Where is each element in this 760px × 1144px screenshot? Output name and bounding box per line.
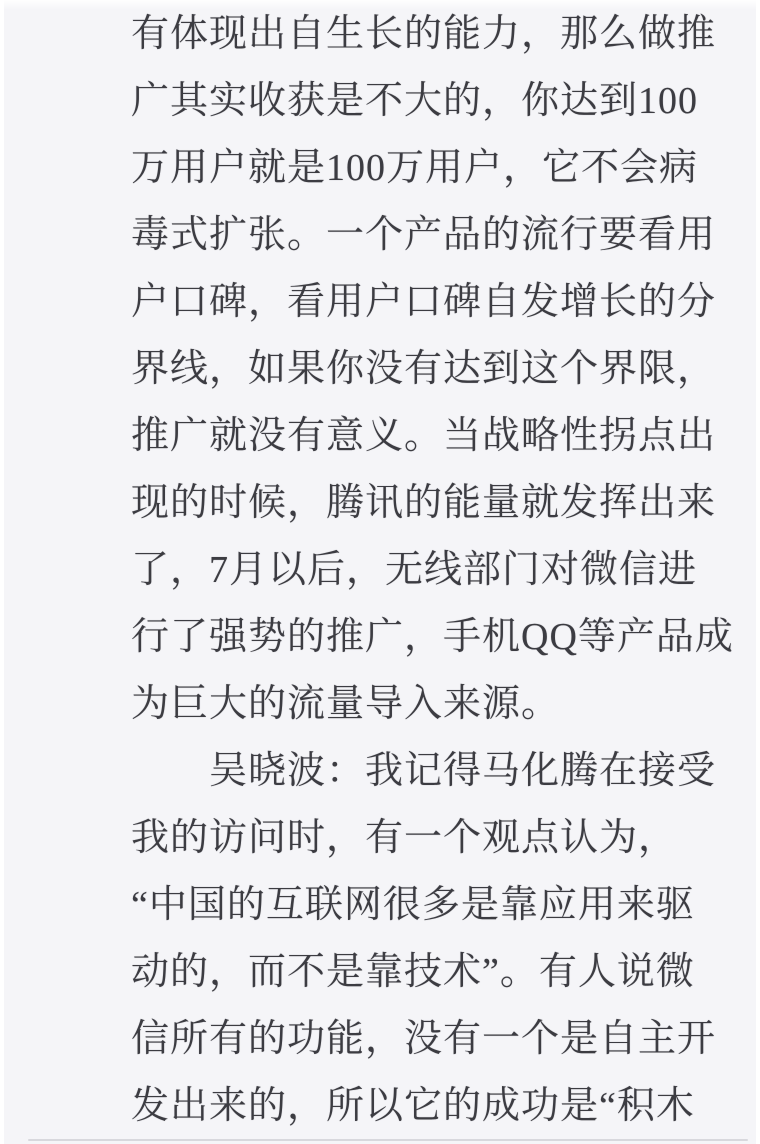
text-line: 户口碑，看用户口碑自发增长的分 <box>131 269 756 336</box>
text-line: 信所有的功能，没有一个是自主开 <box>131 1006 756 1073</box>
text-line: 推广就没有意义。当战略性拐点出 <box>131 403 756 470</box>
text-line: 为巨大的流量导入来源。 <box>131 671 756 738</box>
text-line: 毒式扩张。一个产品的流行要看用 <box>131 202 756 269</box>
text-line: 吴晓波：我记得马化腾在接受 <box>131 738 756 805</box>
text-line: “中国的互联网很多是靠应用来驱 <box>131 872 756 939</box>
text-line: 界线，如果你没有达到这个界限， <box>131 336 756 403</box>
screenshot-root: 有体现出自生长的能力，那么做推广其实收获是不大的，你达到100万用户就是100万… <box>0 0 760 1144</box>
bottom-divider <box>28 1139 748 1141</box>
text-line: 现的时候，腾讯的能量就发挥出来 <box>131 470 756 537</box>
text-line: 广其实收获是不大的，你达到100 <box>131 68 756 135</box>
text-line: 有体现出自生长的能力，那么做推 <box>131 1 756 68</box>
reader-page-surface[interactable]: 有体现出自生长的能力，那么做推广其实收获是不大的，你达到100万用户就是100万… <box>4 0 756 1144</box>
page-text: 有体现出自生长的能力，那么做推广其实收获是不大的，你达到100万用户就是100万… <box>131 1 756 1140</box>
text-line: 了，7月以后，无线部门对微信进 <box>131 537 756 604</box>
text-line: 行了强势的推广，手机QQ等产品成 <box>131 604 756 671</box>
text-line: 万用户就是100万用户，它不会病 <box>131 135 756 202</box>
text-line: 发出来的，所以它的成功是“积木 <box>131 1073 756 1140</box>
text-line: 动的，而不是靠技术”。有人说微 <box>131 939 756 1006</box>
text-line: 我的访问时，有一个观点认为， <box>131 805 756 872</box>
